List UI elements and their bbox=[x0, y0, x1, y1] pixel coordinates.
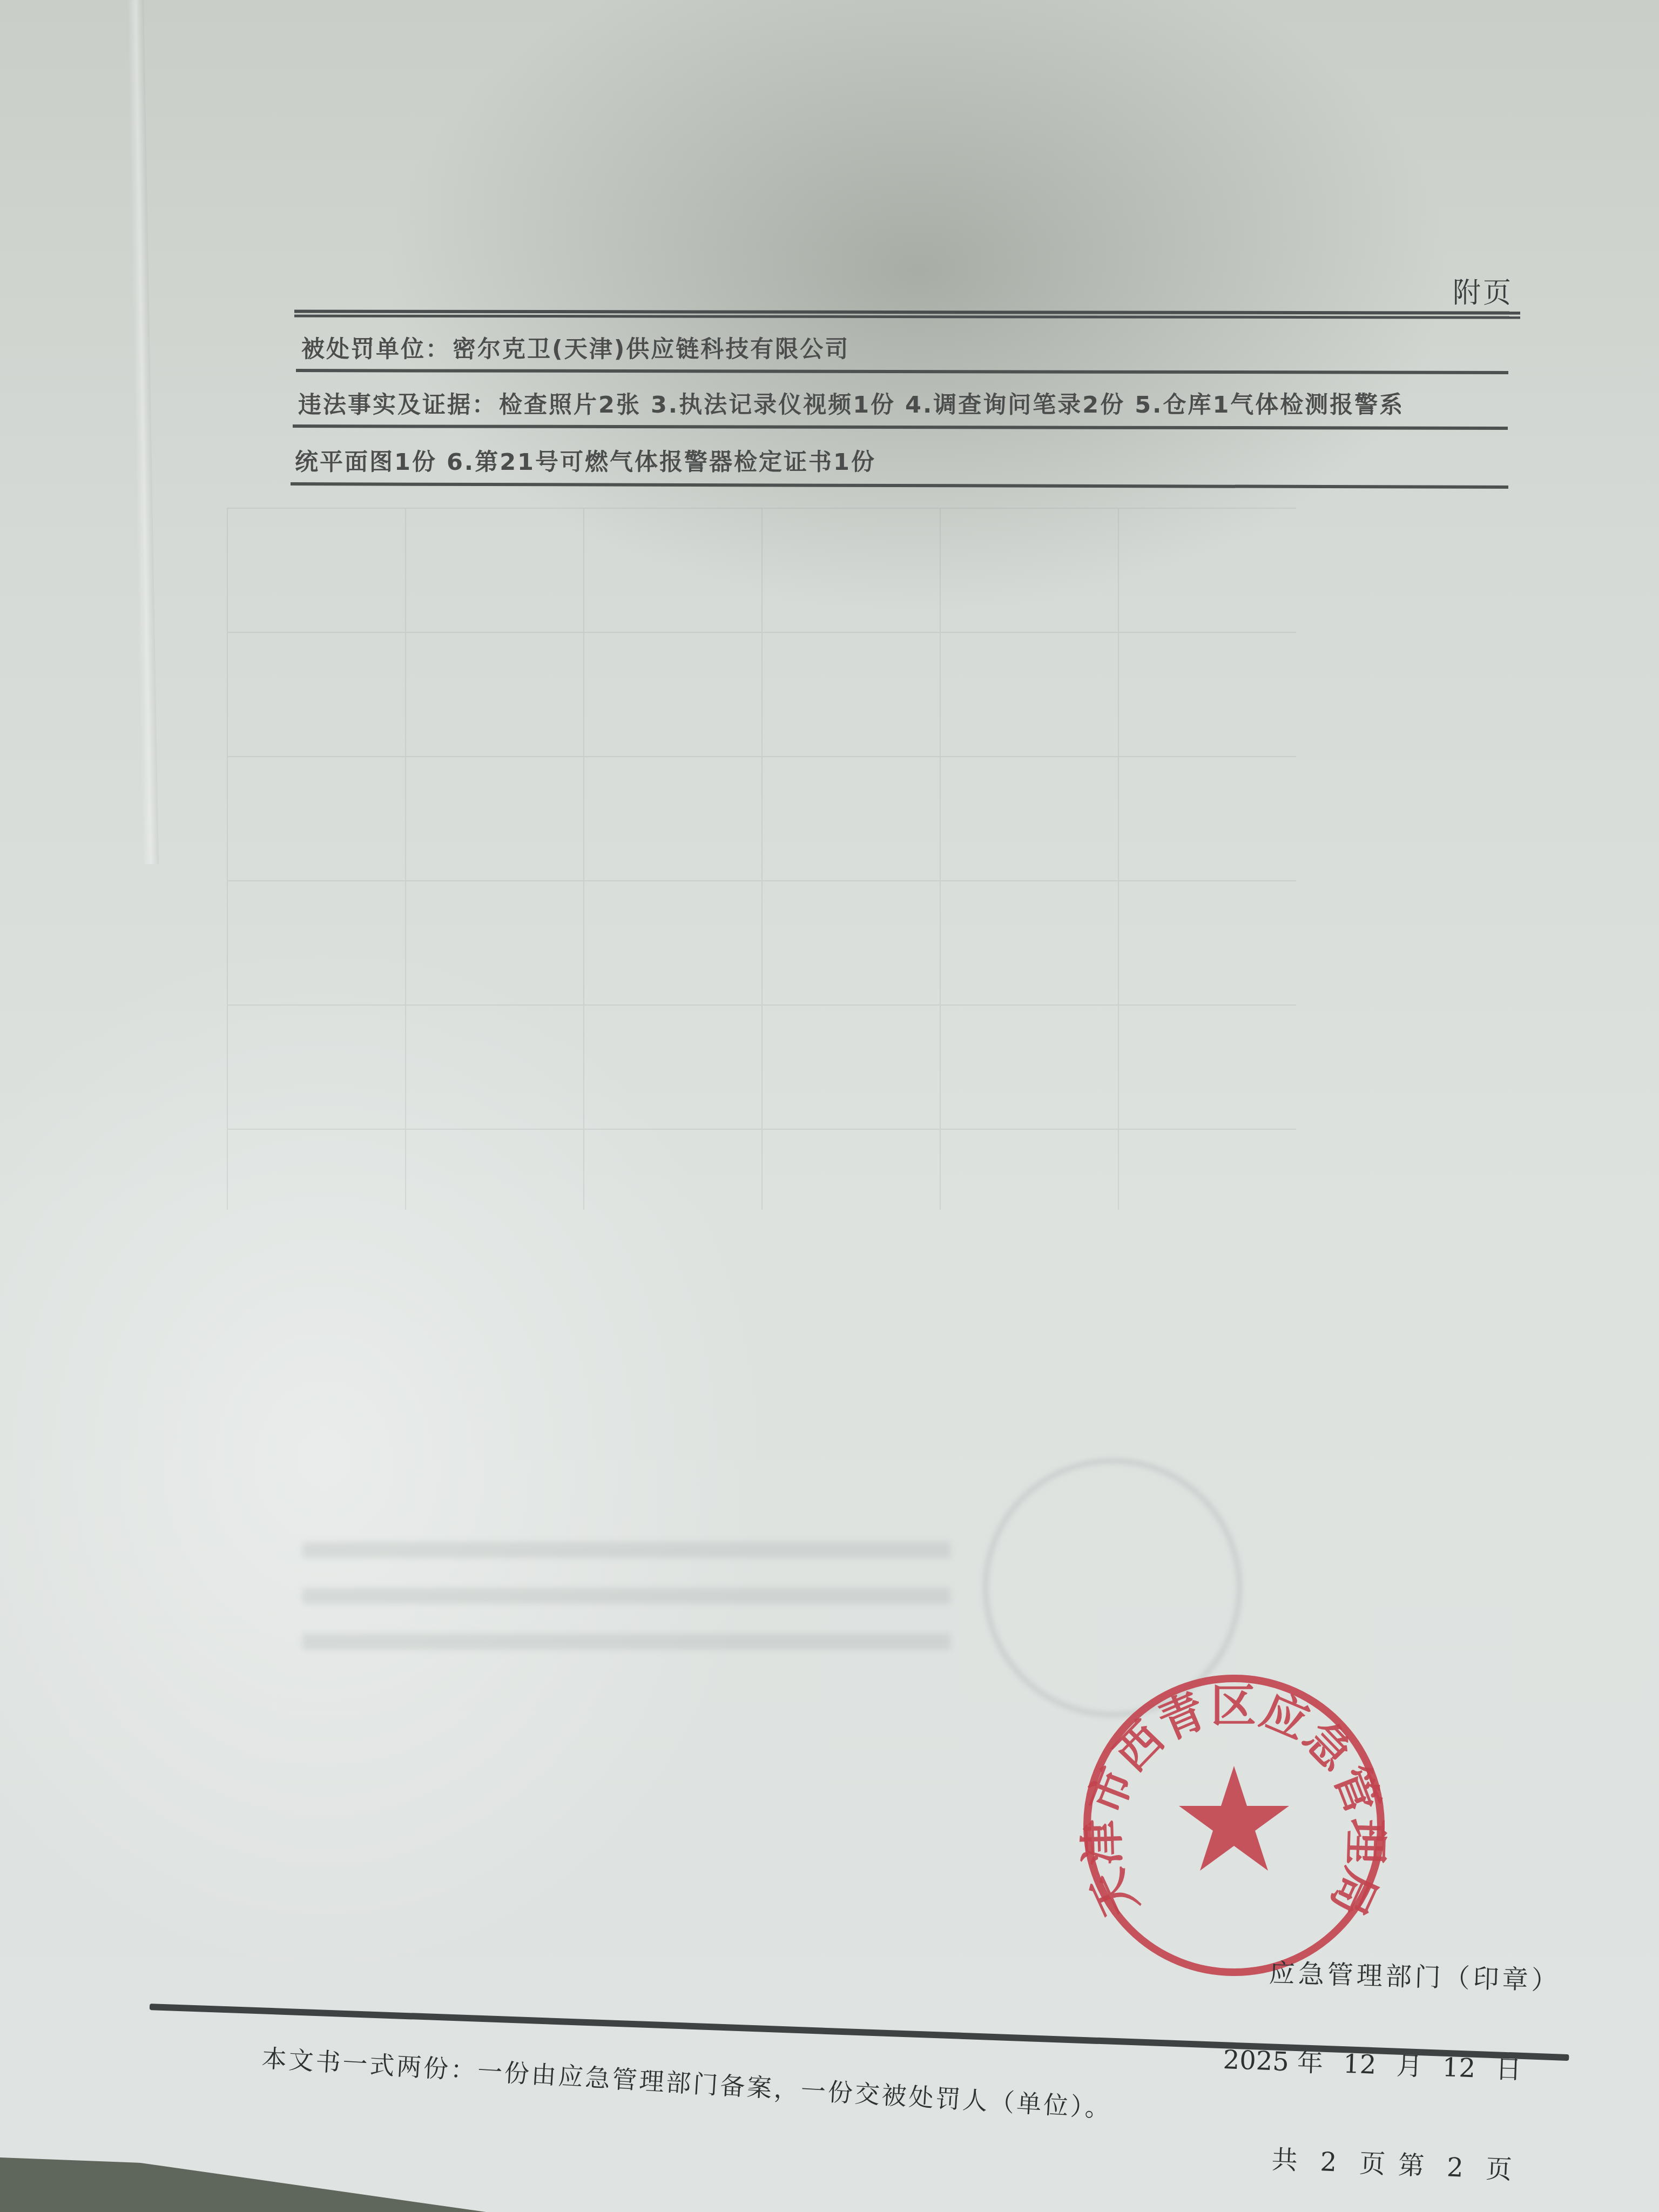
seal-caption: 应急管理部门（印章） bbox=[1269, 1952, 1561, 1997]
penalized-unit-label: 被处罚单位： bbox=[301, 336, 450, 363]
official-seal: 天津市西青区应急管理局 bbox=[1072, 1663, 1396, 1987]
violation-facts-label: 违法事实及证据： bbox=[298, 392, 497, 419]
bleed-through-table bbox=[227, 508, 1296, 1210]
bleed-through-text bbox=[302, 1512, 950, 1653]
appendix-label: 附页 bbox=[1453, 270, 1513, 311]
violation-facts-row: 违法事实及证据：检查照片2张 3.执法记录仪视频1份 4.调查询问笔录2份 5.… bbox=[298, 387, 1404, 420]
page-current-prefix: 第 bbox=[1398, 2150, 1425, 2181]
page-current: 2 bbox=[1446, 2152, 1464, 2183]
page-total-prefix: 共 bbox=[1271, 2144, 1298, 2176]
violation-facts-continued-row: 统平面图1份 6.第21号可燃气体报警器检定证书1份 bbox=[295, 444, 876, 477]
page-current-suffix: 页 bbox=[1485, 2154, 1512, 2185]
page-total: 2 bbox=[1320, 2147, 1338, 2177]
star-icon bbox=[1179, 1766, 1289, 1871]
penalized-unit-value: 密尔克卫(天津)供应链科技有限公司 bbox=[453, 336, 849, 363]
page-total-suffix: 页 bbox=[1359, 2148, 1386, 2180]
violation-facts-value: 检查照片2张 3.执法记录仪视频1份 4.调查询问笔录2份 5.仓库1气体检测报… bbox=[499, 392, 1404, 419]
violation-facts-continued-value: 统平面图1份 6.第21号可燃气体报警器检定证书1份 bbox=[295, 449, 876, 476]
penalized-unit-row: 被处罚单位：密尔克卫(天津)供应链科技有限公司 bbox=[301, 331, 849, 364]
